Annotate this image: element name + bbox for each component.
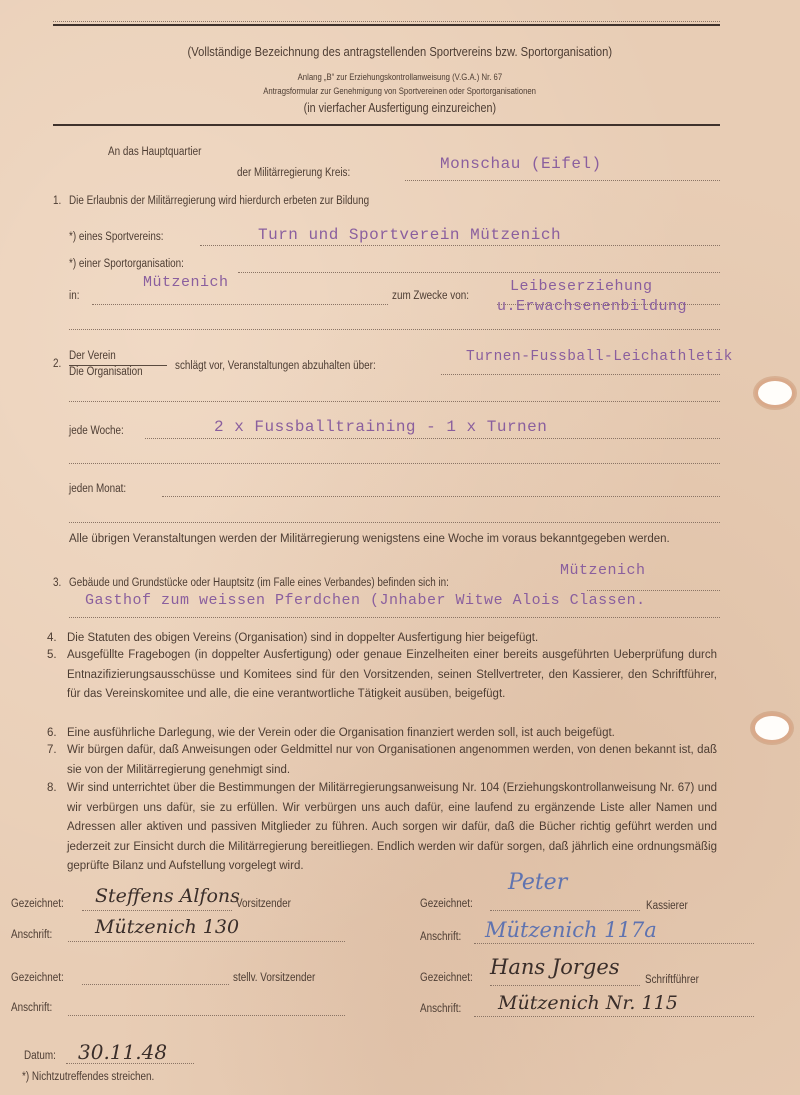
clause-text: Wir sind unterrichtet über die Bestimmun…: [67, 782, 717, 872]
schriftfuehrer-address-label: Anschrift:: [420, 1003, 461, 1015]
section1-intro: Die Erlaubnis der Militärregierung wird …: [69, 195, 369, 207]
section2-number: 2.: [53, 358, 61, 370]
woche-label: jede Woche:: [69, 425, 124, 437]
subject-organisation: Die Organisation: [69, 366, 143, 378]
addressee-line1: An das Hauptquartier: [108, 146, 201, 158]
sportorg-field[interactable]: [238, 272, 720, 273]
kassierer-role: Kassierer: [646, 900, 688, 912]
subject-verein: Der Verein: [69, 350, 116, 362]
date-label: Datum:: [24, 1050, 56, 1062]
veranstaltungen-value: Turnen-Fussball-Leichathletik: [466, 349, 733, 365]
club-name-field[interactable]: [53, 21, 720, 22]
clause-number: 8.: [47, 779, 57, 799]
clause-text: Wir bürgen dafür, daß Anweisungen oder G…: [67, 744, 717, 776]
schriftfuehrer-role: Schriftführer: [645, 974, 699, 986]
clause-number: 7.: [47, 741, 57, 761]
schriftfuehrer-address: Mützenich Nr. 115: [498, 992, 678, 1014]
woche-extra-field[interactable]: [69, 463, 720, 464]
form-name-wrap: Antragsformular zur Genehmigung von Spor…: [0, 81, 800, 99]
section3-number: 3.: [53, 577, 61, 589]
clause-8: 8. Wir sind unterrichtet über die Bestim…: [67, 779, 717, 877]
section3-address-field[interactable]: [69, 617, 720, 618]
clause-text: Ausgefüllte Fragebogen (in doppelter Aus…: [67, 649, 717, 700]
punch-hole-icon: [755, 716, 789, 740]
schriftfuehrer-address-field[interactable]: [474, 1016, 754, 1017]
section1-number: 1.: [53, 195, 61, 207]
vorsitzender-signed-label: Gezeichnet:: [11, 898, 64, 910]
stellv-address-field[interactable]: [68, 1015, 345, 1016]
header-title-wrap: (Vollständige Bezeichnung des antragstel…: [0, 43, 800, 61]
kassierer-address: Mützenich 117a: [485, 918, 657, 942]
monat-field[interactable]: [162, 496, 720, 497]
veranstaltungen-label: schlägt vor, Veranstaltungen abzuhalten …: [175, 360, 376, 372]
in-field[interactable]: [92, 304, 388, 305]
sportorg-label: *) einer Sportorganisation:: [69, 258, 184, 270]
kassierer-address-field[interactable]: [474, 943, 754, 944]
monat-label: jeden Monat:: [69, 483, 126, 495]
header-bottom-rule: [53, 124, 720, 126]
section3-address-value: Gasthof zum weissen Pferdchen (Jnhaber W…: [85, 592, 646, 609]
section2-note: Alle übrigen Veranstaltungen werden der …: [69, 533, 670, 545]
veranstaltungen-field[interactable]: [441, 374, 720, 375]
schriftfuehrer-signature: Hans Jorges: [490, 955, 620, 979]
in-label: in:: [69, 290, 79, 302]
schriftfuehrer-signed-label: Gezeichnet:: [420, 972, 473, 984]
kassierer-address-label: Anschrift:: [420, 931, 461, 943]
copies-note-wrap: (in vierfacher Ausfertigung einzureichen…: [0, 99, 800, 117]
section2-note-wrap: Alle übrigen Veranstaltungen werden der …: [69, 530, 720, 549]
sportverein-field[interactable]: [200, 245, 720, 246]
stellv-signature-field[interactable]: [82, 984, 229, 985]
clause-7: 7. Wir bürgen dafür, daß Anweisungen ode…: [67, 741, 717, 780]
vorsitzender-signature-field[interactable]: [82, 910, 232, 911]
vorsitzender-address-label: Anschrift:: [11, 929, 52, 941]
woche-field[interactable]: [145, 438, 720, 439]
kassierer-signature-field[interactable]: [490, 910, 640, 911]
section3-ort-field[interactable]: [587, 590, 720, 591]
kreis-value: Monschau (Eifel): [440, 155, 602, 173]
woche-value: 2 x Fussballtraining - 1 x Turnen: [214, 418, 547, 436]
clause-text: Eine ausführliche Darlegung, wie der Ver…: [67, 727, 615, 739]
kreis-field[interactable]: [405, 180, 720, 181]
sportverein-value: Turn und Sportverein Mützenich: [258, 226, 561, 244]
monat-extra-field[interactable]: [69, 522, 720, 523]
header-title: (Vollständige Bezeichnung des antragstel…: [188, 44, 612, 59]
date-value: 30.11.48: [78, 1040, 167, 1064]
copies-note: (in vierfacher Ausfertigung einzureichen…: [304, 101, 496, 115]
punch-hole-icon: [758, 381, 792, 405]
kassierer-signed-label: Gezeichnet:: [420, 898, 473, 910]
stellv-address-label: Anschrift:: [11, 1002, 52, 1014]
vorsitzender-address-field[interactable]: [68, 941, 345, 942]
schriftfuehrer-signature-field[interactable]: [490, 985, 640, 986]
section2-extra-field[interactable]: [69, 401, 720, 402]
clause-5: 5. Ausgefüllte Fragebogen (in doppelter …: [67, 646, 717, 705]
zweck-value-line2: u.Erwachsenenbildung: [497, 298, 687, 315]
kreis-label: der Militärregierung Kreis:: [237, 167, 350, 179]
clause-number: 5.: [47, 646, 57, 666]
form-name: Antragsformular zur Genehmigung von Spor…: [264, 86, 537, 96]
zweck-label: zum Zwecke von:: [392, 290, 469, 302]
vorsitzender-signature: Steffens Alfons: [95, 885, 240, 907]
application-form: (Vollständige Bezeichnung des antragstel…: [0, 0, 800, 1095]
zweck-value-line1: Leibeserziehung: [510, 278, 653, 295]
section3-label: Gebäude und Grundstücke oder Hauptsitz (…: [69, 577, 449, 589]
kassierer-signature: Peter: [508, 870, 567, 895]
stellv-signed-label: Gezeichnet:: [11, 972, 64, 984]
vorsitzender-address: Mützenich 130: [95, 916, 239, 938]
footnote: *) Nichtzutreffendes streichen.: [22, 1071, 154, 1083]
top-rule: [53, 24, 720, 26]
section1-extra-field[interactable]: [69, 329, 720, 330]
clause-text: Die Statuten des obigen Vereins (Organis…: [67, 632, 538, 644]
sportverein-label: *) eines Sportvereins:: [69, 231, 164, 243]
section3-ort-value: Mützenich: [560, 562, 646, 579]
vorsitzender-role: Vorsitzender: [236, 898, 291, 910]
stellv-role: stellv. Vorsitzender: [233, 972, 315, 984]
in-value: Mützenich: [143, 274, 229, 291]
